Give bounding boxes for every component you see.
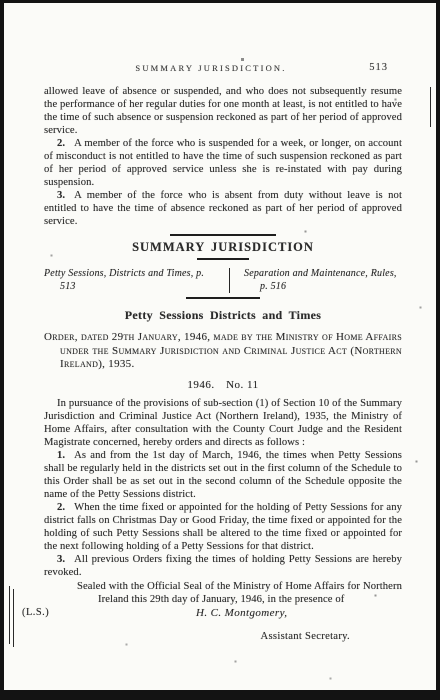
prelim-paragraph-continuation: allowed leave of absence or suspended, a… [44, 85, 402, 137]
scan-artifact-line [430, 87, 432, 127]
divider-rule [170, 234, 276, 236]
order-number: 1946. No. 11 [44, 379, 402, 391]
paragraph-text: A member of the force who is absent from… [44, 190, 402, 227]
article-title: Petty Sessions Districts and Times [44, 308, 402, 323]
page-number: 513 [369, 62, 388, 73]
scan-border-frame: SUMMARY JURISDICTION. 513 allowed leave … [0, 0, 440, 700]
paragraph-number: 2. [57, 138, 74, 149]
paragraph-text: All previous Orders fixing the times of … [44, 554, 402, 578]
paragraph-number: 3. [57, 190, 74, 201]
scan-artifact-line [9, 586, 10, 644]
paragraph-text: allowed leave of absence or suspended, a… [44, 86, 402, 136]
body-paragraph-2: 2.When the time fixed or appointed for t… [44, 501, 402, 553]
order-caption: Order, dated 29th January, 1946, made by… [44, 331, 402, 372]
paragraph-number: 2. [57, 502, 74, 513]
body-paragraph-1: 1.As and from the 1st day of March, 1946… [44, 449, 402, 501]
cross-reference-text: Separation and Maintenance, Rules, p. 51… [244, 268, 402, 293]
paragraph-text: A member of the force who is suspended f… [44, 138, 402, 188]
section-title: SUMMARY JURISDICTION [44, 240, 402, 255]
cross-reference-left: Petty Sessions, Districts and Times, p. … [44, 268, 215, 293]
running-header: SUMMARY JURISDICTION. 513 [44, 63, 402, 73]
paragraph-text: As and from the 1st day of March, 1946, … [44, 450, 402, 500]
seal-mark: (L.S.) [22, 607, 49, 618]
prelim-paragraph-2: 2.A member of the force who is suspended… [44, 137, 402, 189]
sealing-clause: Sealed with the Official Seal of the Min… [77, 580, 402, 606]
cross-reference-row: Petty Sessions, Districts and Times, p. … [44, 268, 402, 293]
signature-row: (L.S.) H. C. Montgomery, [44, 607, 402, 621]
signature-title: Assistant Secretary. [44, 631, 350, 642]
body-paragraph-3: 3.All previous Orders fixing the times o… [44, 553, 402, 579]
document-page: SUMMARY JURISDICTION. 513 allowed leave … [4, 3, 436, 690]
section-heading-block: SUMMARY JURISDICTION [44, 234, 402, 260]
paragraph-text: In pursuance of the provisions of sub-se… [44, 398, 402, 448]
scan-speckles [4, 3, 5, 4]
signature-name: H. C. Montgomery, [196, 607, 287, 619]
cross-reference-right: Separation and Maintenance, Rules, p. 51… [229, 268, 402, 293]
divider-rule [197, 258, 249, 260]
body-paragraph-preamble: In pursuance of the provisions of sub-se… [44, 397, 402, 449]
prelim-paragraph-3: 3.A member of the force who is absent fr… [44, 189, 402, 228]
running-header-title: SUMMARY JURISDICTION. [135, 63, 286, 73]
paragraph-number: 1. [57, 450, 74, 461]
divider-rule [186, 297, 260, 299]
paragraph-number: 3. [57, 554, 74, 565]
paragraph-text: When the time fixed or appointed for the… [44, 502, 402, 552]
